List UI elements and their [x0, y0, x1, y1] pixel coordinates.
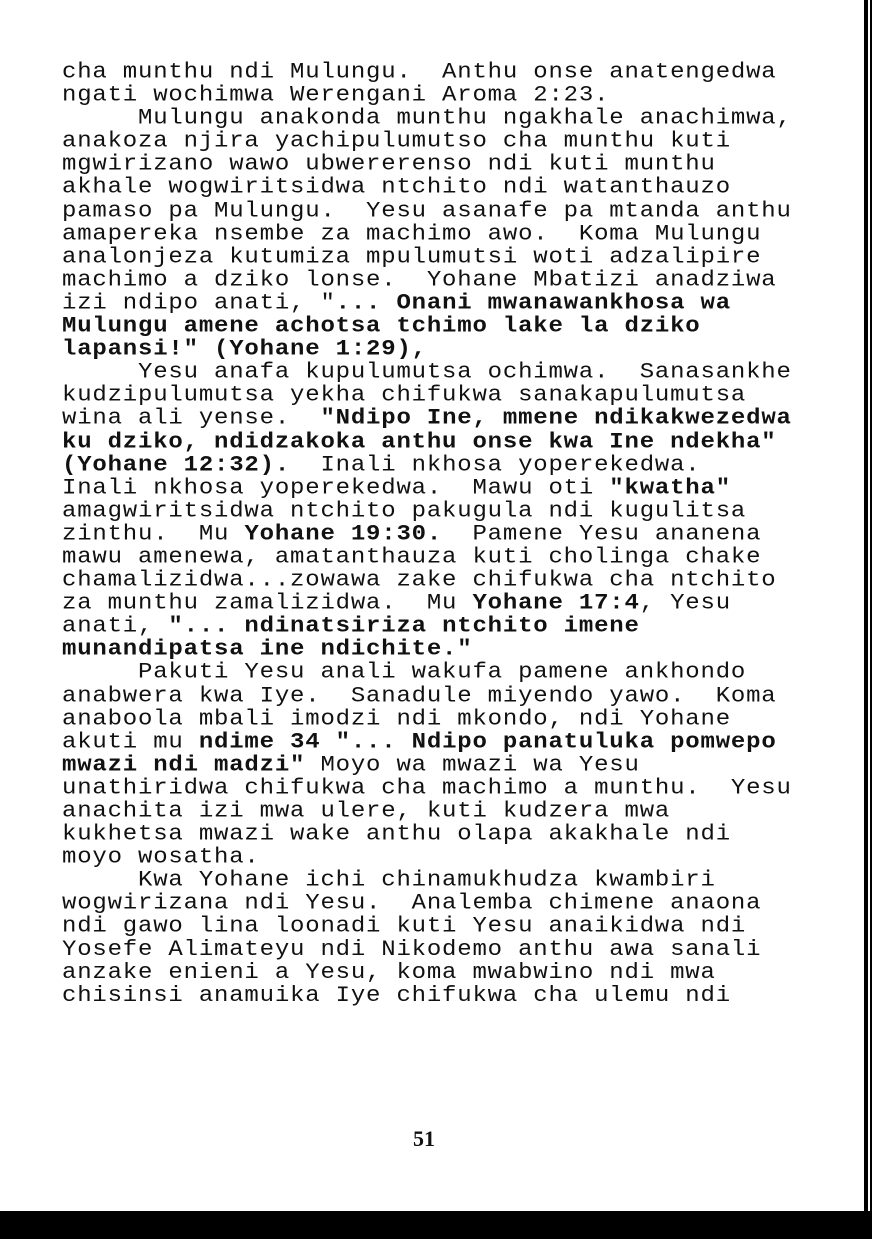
text-segment: amapereka nsembe za machimo awo. Koma Mu… [62, 222, 761, 247]
text-line: anaboola mbali imodzi ndi mkondo, ndi Yo… [62, 707, 822, 730]
text-segment: kukhetsa mwazi wake anthu olapa akakhale… [62, 822, 731, 847]
text-segment: wina ali yense. [62, 406, 320, 431]
bold-text-segment: mwazi ndi madzi" [62, 753, 305, 778]
text-line: Yesu anafa kupulumutsa ochimwa. Sanasank… [62, 361, 822, 384]
bold-text-segment: Yohane 19:30. [244, 522, 442, 547]
text-segment: cha munthu ndi Mulungu. Anthu onse anate… [62, 60, 777, 85]
text-segment: , Yesu [640, 591, 731, 616]
text-segment: izi ndipo anati, " [62, 291, 336, 316]
text-line: Mulungu anakonda munthu ngakhale anachim… [62, 107, 822, 130]
text-line: akuti mu ndime 34 "... Ndipo panatuluka … [62, 731, 822, 754]
text-line: ngati wochimwa Werengani Aroma 2:23. [62, 84, 822, 107]
text-segment: akuti mu [62, 730, 199, 755]
text-segment: pamaso pa Mulungu. Yesu asanafe pa mtand… [62, 199, 792, 224]
text-segment: Inali nkhosa yoperekedwa. [290, 453, 700, 478]
text-line: za munthu zamalizidwa. Mu Yohane 17:4, Y… [62, 592, 822, 615]
text-segment: ngati wochimwa Werengani Aroma 2:23. [62, 83, 609, 108]
text-segment: Yosefe Alimateyu ndi Nikodemo anthu awa … [62, 937, 761, 962]
text-segment: wogwirizana ndi Yesu. Analemba chimene a… [62, 891, 761, 916]
text-line: lapansi!" (Yohane 1:29), [62, 338, 822, 361]
text-line: Inali nkhosa yoperekedwa. Mawu oti "kwat… [62, 477, 822, 500]
text-segment: unathiridwa chifukwa cha machimo a munth… [62, 776, 792, 801]
text-segment: anzake enieni a Yesu, koma mwabwino ndi … [62, 960, 716, 985]
scan-edge-border [864, 0, 868, 1211]
text-line: Pakuti Yesu anali wakufa pamene ankhondo [62, 661, 822, 684]
text-segment: mawu amenewa, amatanthauza kuti cholinga… [62, 545, 761, 570]
text-segment: Pakuti Yesu anali wakufa pamene ankhondo [62, 660, 746, 685]
scanned-page: cha munthu ndi Mulungu. Anthu onse anate… [0, 0, 872, 1239]
bold-text-segment: "... ndinatsiriza ntchito imene [168, 614, 639, 639]
text-line: mawu amenewa, amatanthauza kuti cholinga… [62, 546, 822, 569]
text-segment: anaboola mbali imodzi ndi mkondo, ndi Yo… [62, 706, 731, 731]
text-line: zinthu. Mu Yohane 19:30. Pamene Yesu ana… [62, 523, 822, 546]
text-segment: amagwiritsidwa ntchito pakugula ndi kugu… [62, 499, 746, 524]
bold-text-segment: ku dziko, ndidzakoka anthu onse kwa Ine … [62, 429, 777, 454]
text-line: kukhetsa mwazi wake anthu olapa akakhale… [62, 823, 822, 846]
text-segment: Moyo wa mwazi wa Yesu [305, 753, 639, 778]
bold-text-segment: lapansi!" (Yohane 1:29), [62, 337, 427, 362]
text-line: izi ndipo anati, "... Onani mwanawankhos… [62, 292, 822, 315]
text-line: anati, "... ndinatsiriza ntchito imene [62, 615, 822, 638]
text-line: anabwera kwa Iye. Sanadule miyendo yawo.… [62, 684, 822, 707]
text-segment: kudzipulumutsa yekha chifukwa sanakapulu… [62, 383, 746, 408]
text-segment: anabwera kwa Iye. Sanadule miyendo yawo.… [62, 683, 777, 708]
bold-text-segment: ndime 34 "... Ndipo panatuluka pomwepo [199, 730, 777, 755]
bold-text-segment: (Yohane 12:32). [62, 453, 290, 478]
bold-text-segment: ... Onani mwanawankhosa wa [336, 291, 731, 316]
text-line: (Yohane 12:32). Inali nkhosa yoperekedwa… [62, 453, 822, 476]
text-line: ndi gawo lina loonadi kuti Yesu anaikidw… [62, 915, 822, 938]
text-segment: akhale wogwiritsidwa ntchito ndi watanth… [62, 176, 731, 201]
text-segment: zinthu. Mu [62, 522, 244, 547]
text-line: mwazi ndi madzi" Moyo wa mwazi wa Yesu [62, 754, 822, 777]
text-line: kudzipulumutsa yekha chifukwa sanakapulu… [62, 384, 822, 407]
body-text: cha munthu ndi Mulungu. Anthu onse anate… [62, 61, 822, 1008]
bold-text-segment: "kwatha" [609, 476, 731, 501]
text-segment: Kwa Yohane ichi chinamukhudza kwambiri [62, 868, 716, 893]
text-line: wogwirizana ndi Yesu. Analemba chimene a… [62, 892, 822, 915]
text-segment: ndi gawo lina loonadi kuti Yesu anaikidw… [62, 914, 746, 939]
text-line: cha munthu ndi Mulungu. Anthu onse anate… [62, 61, 822, 84]
text-line: machimo a dziko lonse. Yohane Mbatizi an… [62, 269, 822, 292]
text-line: Kwa Yohane ichi chinamukhudza kwambiri [62, 869, 822, 892]
text-segment: anati, [62, 614, 168, 639]
text-segment: Yesu anafa kupulumutsa ochimwa. Sanasank… [62, 360, 792, 385]
text-segment: anachita izi mwa ulere, kuti kudzera mwa [62, 799, 670, 824]
text-segment: moyo wosatha. [62, 845, 260, 870]
text-line: akhale wogwiritsidwa ntchito ndi watanth… [62, 176, 822, 199]
text-line: pamaso pa Mulungu. Yesu asanafe pa mtand… [62, 200, 822, 223]
text-line: moyo wosatha. [62, 846, 822, 869]
text-segment: analonjeza kutumiza mpulumutsi woti adza… [62, 245, 761, 270]
text-line: ku dziko, ndidzakoka anthu onse kwa Ine … [62, 430, 822, 453]
text-line: Yosefe Alimateyu ndi Nikodemo anthu awa … [62, 938, 822, 961]
page-number: 51 [413, 1126, 435, 1152]
text-line: mgwirizano wawo ubwererenso ndi kuti mun… [62, 153, 822, 176]
text-line: analonjeza kutumiza mpulumutsi woti adza… [62, 246, 822, 269]
text-line: anzake enieni a Yesu, koma mwabwino ndi … [62, 961, 822, 984]
text-line: chamalizidwa...zowawa zake chifukwa cha … [62, 569, 822, 592]
text-segment: machimo a dziko lonse. Yohane Mbatizi an… [62, 268, 777, 293]
text-line: unathiridwa chifukwa cha machimo a munth… [62, 777, 822, 800]
text-line: anakoza njira yachipulumutso cha munthu … [62, 130, 822, 153]
scan-bottom-edge [0, 1211, 872, 1239]
text-segment: anakoza njira yachipulumutso cha munthu … [62, 129, 731, 154]
bold-text-segment: "Ndipo Ine, mmene ndikakwezedwa [320, 406, 791, 431]
text-segment: za munthu zamalizidwa. Mu [62, 591, 472, 616]
text-line: chisinsi anamuika Iye chifukwa cha ulemu… [62, 984, 822, 1007]
text-line: Mulungu amene achotsa tchimo lake la dzi… [62, 315, 822, 338]
text-segment: Mulungu anakonda munthu ngakhale anachim… [62, 106, 792, 131]
text-line: amapereka nsembe za machimo awo. Koma Mu… [62, 223, 822, 246]
text-line: amagwiritsidwa ntchito pakugula ndi kugu… [62, 500, 822, 523]
text-segment: Pamene Yesu ananena [442, 522, 761, 547]
bold-text-segment: Yohane 17:4 [472, 591, 639, 616]
bold-text-segment: munandipatsa ine ndichite." [62, 637, 472, 662]
text-segment: chamalizidwa...zowawa zake chifukwa cha … [62, 568, 777, 593]
text-segment: Inali nkhosa yoperekedwa. Mawu oti [62, 476, 609, 501]
text-segment: mgwirizano wawo ubwererenso ndi kuti mun… [62, 152, 716, 177]
text-line: munandipatsa ine ndichite." [62, 638, 822, 661]
bold-text-segment: Mulungu amene achotsa tchimo lake la dzi… [62, 314, 701, 339]
text-segment: chisinsi anamuika Iye chifukwa cha ulemu… [62, 984, 731, 1009]
text-line: wina ali yense. "Ndipo Ine, mmene ndikak… [62, 407, 822, 430]
text-line: anachita izi mwa ulere, kuti kudzera mwa [62, 800, 822, 823]
